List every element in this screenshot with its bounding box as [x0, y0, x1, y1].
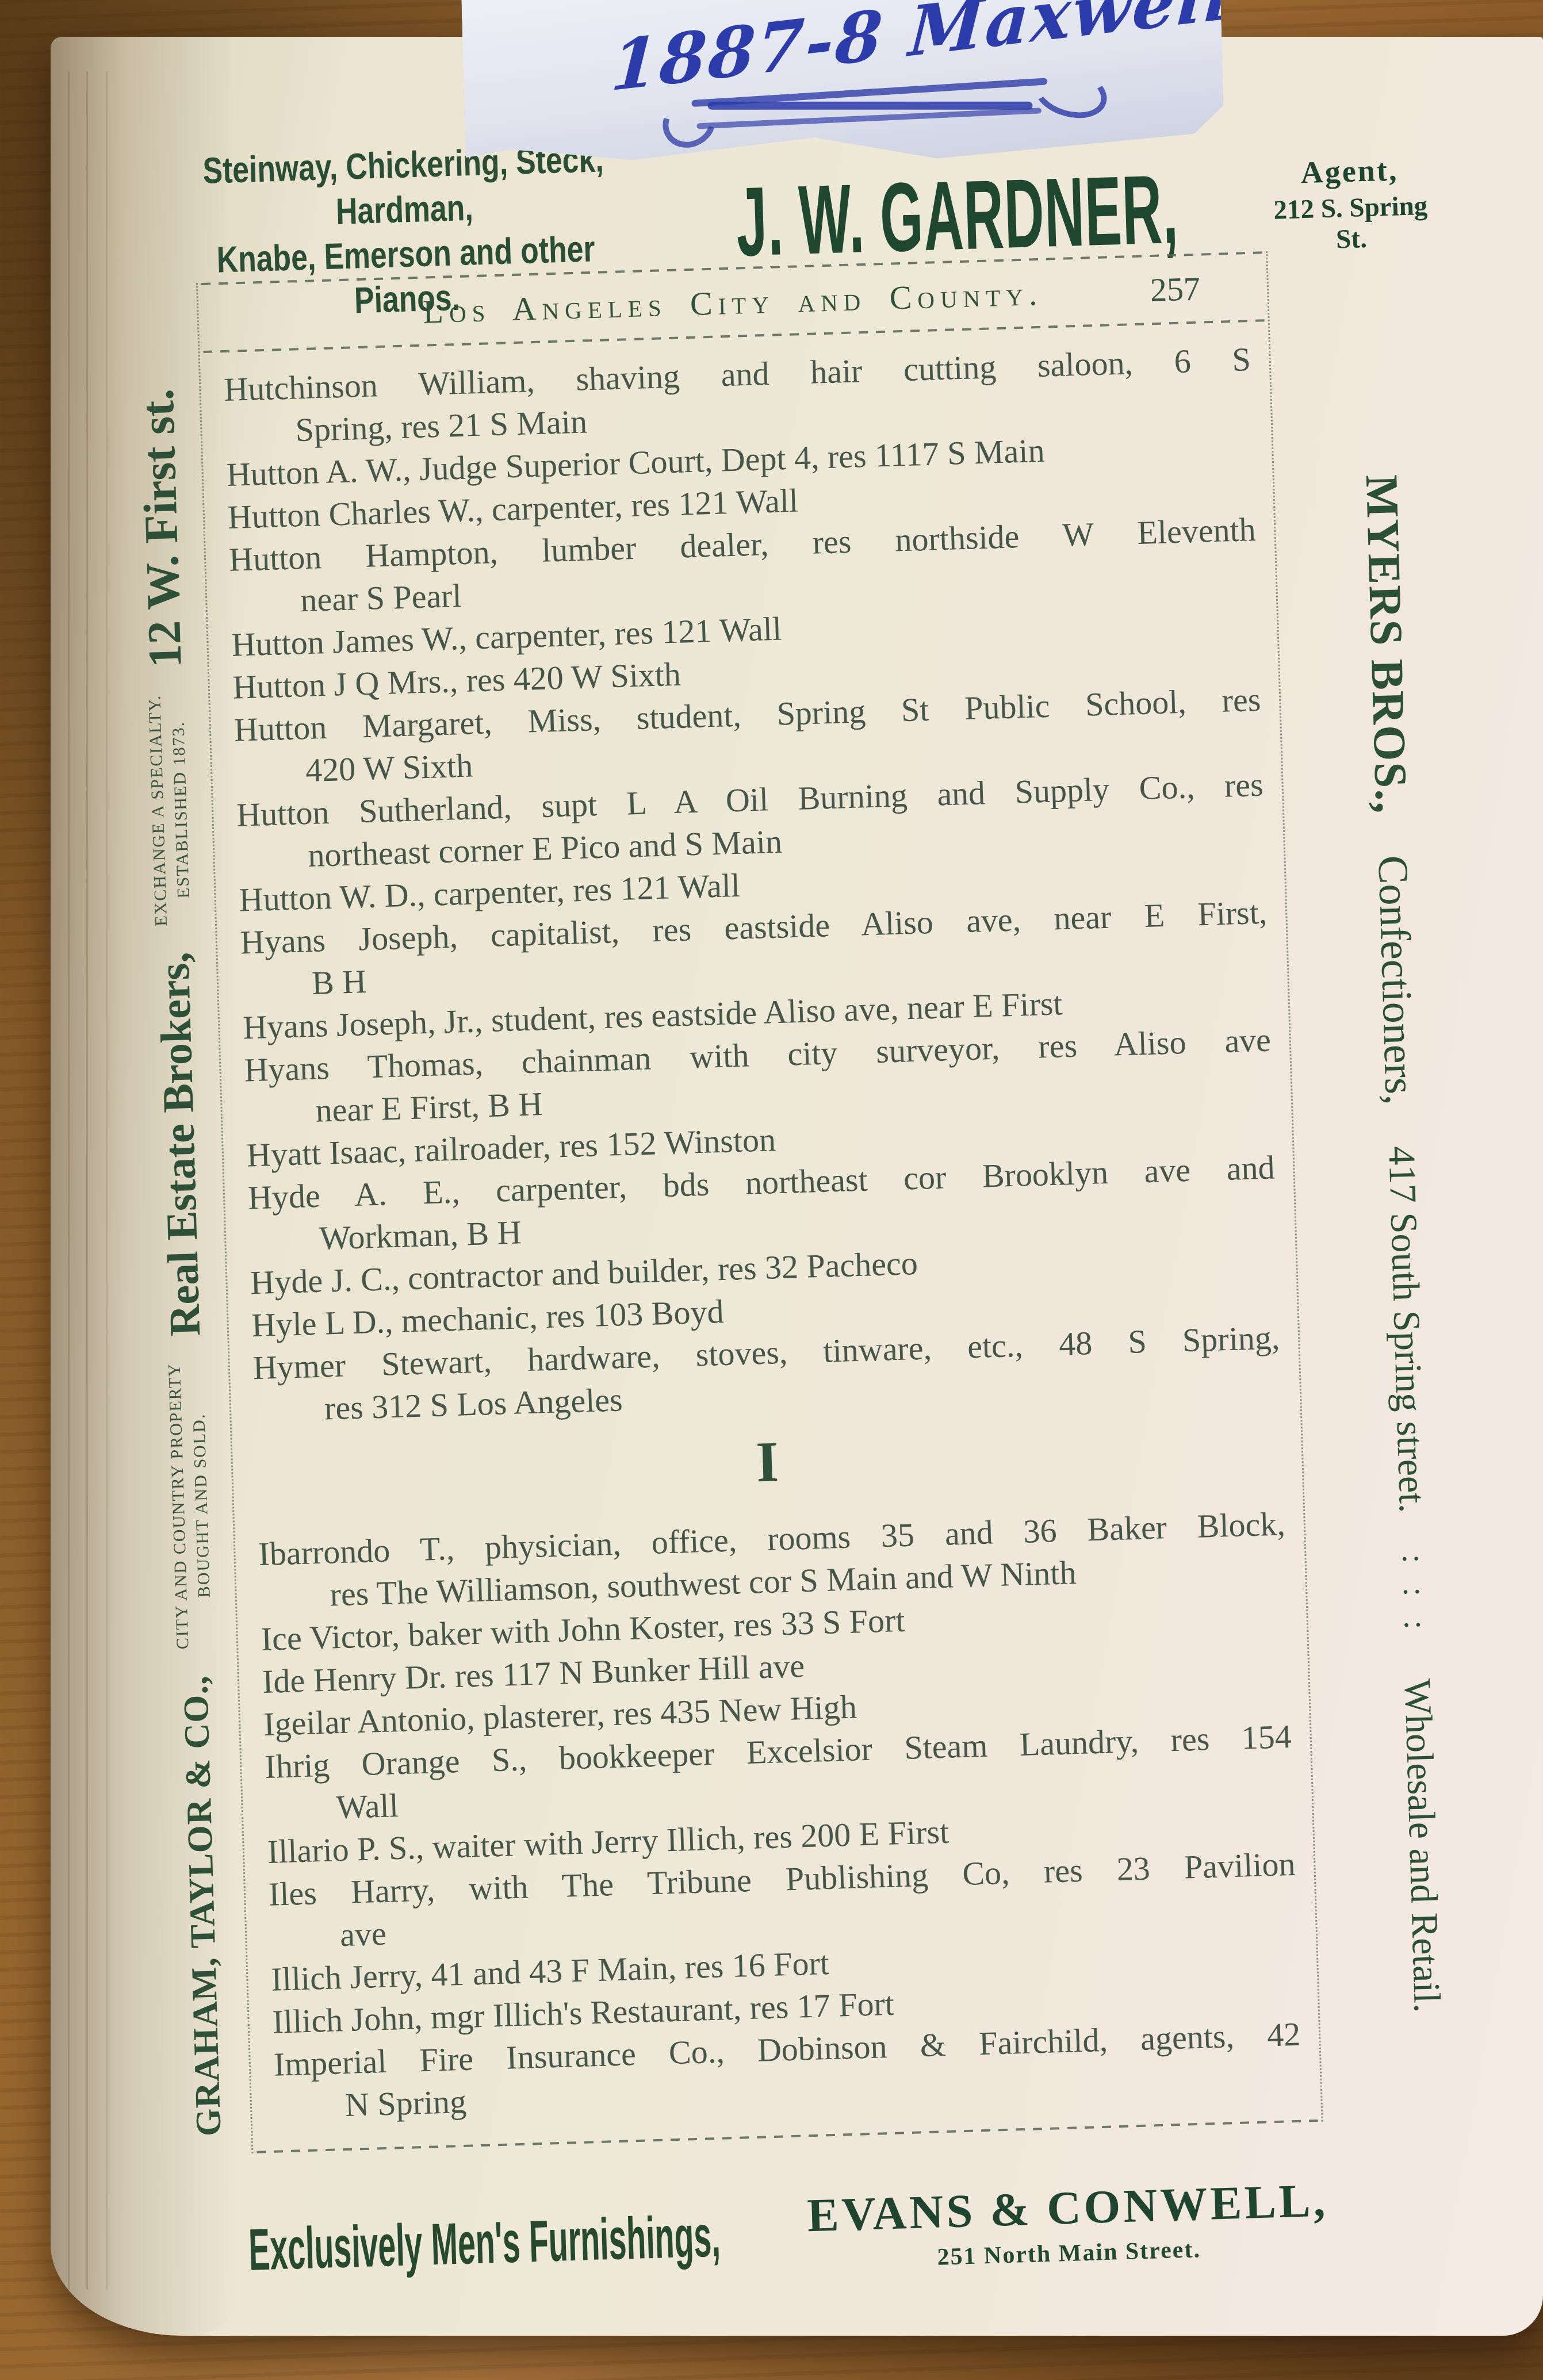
agent-role: Agent,: [1257, 151, 1442, 191]
left-sidebar-small1a: CITY AND COUNTRY PROPERTY: [165, 1363, 193, 1650]
left-sidebar-small2b: ESTABLISHED 1873.: [169, 721, 194, 899]
page-title: Los Angeles City and County.: [422, 274, 1043, 331]
directory-entries-h: Hutchinson William, shaving and hair cut…: [204, 321, 1297, 1432]
scribble-stroke: [708, 102, 1033, 110]
right-sidebar-tagline: Wholesale and Retail.: [1395, 1678, 1449, 2013]
scribble-loop-right: [1028, 59, 1113, 126]
left-sidebar-address: 12 W. First st.: [130, 388, 192, 669]
scribble-stroke: [696, 108, 1042, 129]
agent-address: 212 S. Spring St.: [1258, 190, 1444, 257]
right-sidebar-separator: : : :: [1395, 1554, 1434, 1638]
printed-content: Steinway, Chickering, Steck, Hardman, Kn…: [17, 15, 1543, 2357]
scribble-crossout: [691, 78, 1060, 141]
page-number: 257: [1150, 269, 1201, 309]
agent-block: Agent, 212 S. Spring St.: [1257, 151, 1444, 257]
left-sidebar-smallprint-1: CITY AND COUNTRY PROPERTY BOUGHT AND SOL…: [165, 1362, 216, 1650]
book-page: Steinway, Chickering, Steck, Hardman, Kn…: [51, 37, 1543, 2336]
directory-frame: Los Angeles City and County. 257 Hutchin…: [196, 251, 1323, 2153]
footer-company-block: EVANS & CONWELL, 251 North Main Street.: [806, 2173, 1330, 2275]
footer-company: EVANS & CONWELL,: [806, 2173, 1328, 2243]
left-sidebar-small2a: EXCHANGE A SPECIALTY.: [145, 694, 171, 926]
footer-ad: Exclusively Men's Furnishings, EVANS & C…: [247, 2171, 1394, 2291]
left-sidebar-service: Real Estate Brokers,: [149, 952, 210, 1337]
left-sidebar-small1b: BOUGHT AND SOLD.: [189, 1413, 214, 1598]
right-sidebar-ad: MYERS BROS., Confectioners, 417 South Sp…: [1307, 305, 1501, 2183]
desk-photo: Steinway, Chickering, Steck, Hardman, Kn…: [0, 0, 1543, 2380]
right-sidebar-trade: Confectioners,: [1368, 855, 1425, 1106]
left-sidebar-smallprint-2: EXCHANGE A SPECIALTY. ESTABLISHED 1873.: [145, 693, 194, 926]
right-sidebar-company: MYERS BROS.,: [1355, 474, 1417, 815]
footer-left-text: Exclusively Men's Furnishings,: [248, 2202, 722, 2283]
directory-entries-i: Ibarrondo T., physician, office, rooms 3…: [238, 1486, 1318, 2129]
left-sidebar-company: GRAHAM, TAYLOR & CO.,: [175, 1675, 229, 2137]
right-sidebar-address: 417 South Spring street.: [1379, 1145, 1434, 1513]
